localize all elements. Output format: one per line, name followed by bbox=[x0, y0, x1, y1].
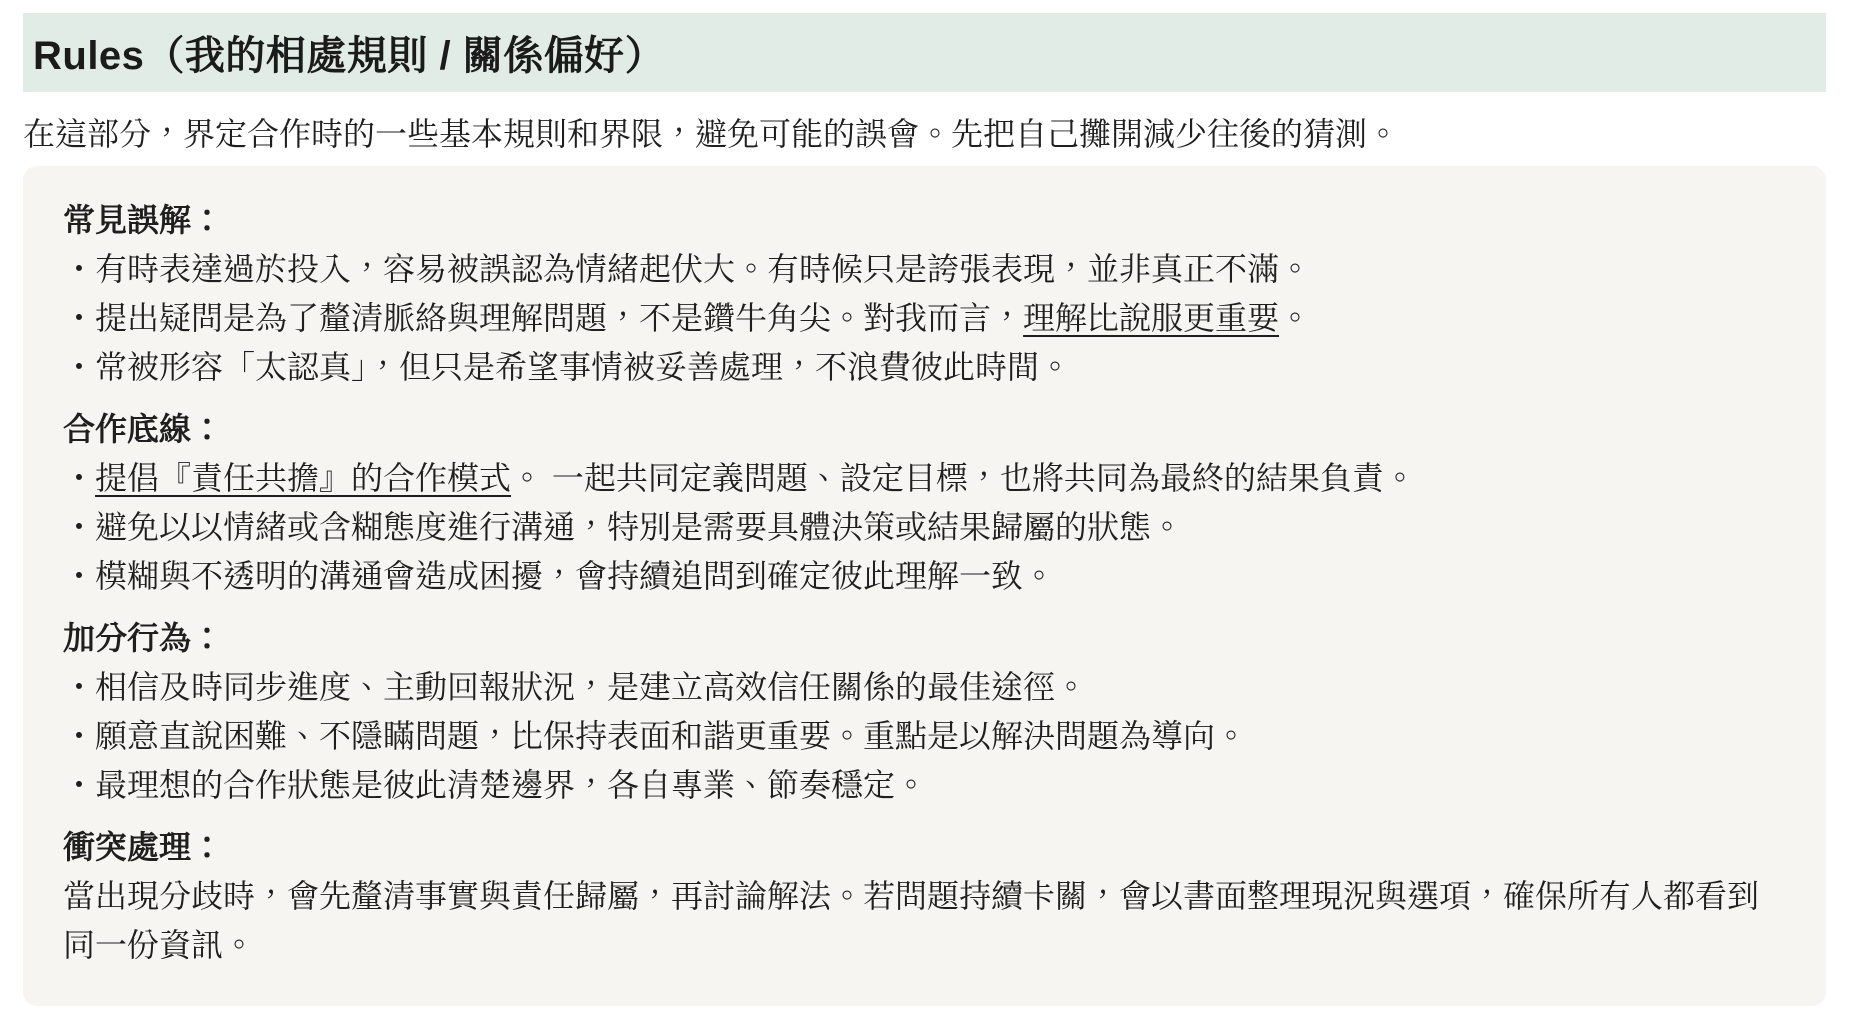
underlined-text: 理解比說服更重要 bbox=[1023, 300, 1279, 336]
bullet-item: ・避免以以情緒或含糊態度進行溝通，特別是需要具體決策或結果歸屬的狀態。 bbox=[63, 503, 1786, 552]
underlined-text: 提倡『責任共擔』的合作模式 bbox=[95, 460, 511, 496]
page: Rules（我的相處規則 / 關係偏好） 在這部分，界定合作時的一些基本規則和界… bbox=[0, 0, 1852, 1006]
text-segment: 最理想的合作狀態是彼此清楚邊界，各自專業、節奏穩定。 bbox=[95, 767, 927, 803]
text-segment: 常被形容「太認真」，但只是希望事情被妥善處理，不浪費彼此時間。 bbox=[95, 349, 1071, 385]
section-heading: 衝突處理： bbox=[63, 823, 1786, 872]
bullet-marker-icon: ・ bbox=[63, 454, 95, 503]
bullet-item: ・常被形容「太認真」，但只是希望事情被妥善處理，不浪費彼此時間。 bbox=[63, 343, 1786, 392]
bullet-marker-icon: ・ bbox=[63, 245, 95, 294]
bullet-item: ・提出疑問是為了釐清脈絡與理解問題，不是鑽牛角尖。對我而言，理解比說服更重要。 bbox=[63, 294, 1786, 343]
bullet-marker-icon: ・ bbox=[63, 761, 95, 810]
text-segment: 當出現分歧時，會先釐清事實與責任歸屬，再討論解法。若問題持續卡關，會以書面整理現… bbox=[63, 878, 1759, 963]
bullet-item: ・相信及時同步進度、主動回報狀況，是建立高效信任關係的最佳途徑。 bbox=[63, 663, 1786, 712]
bullet-marker-icon: ・ bbox=[63, 343, 95, 392]
bullet-marker-icon: ・ bbox=[63, 552, 95, 601]
text-segment: 有時表達過於投入，容易被誤認為情緒起伏大。有時候只是誇張表現，並非真正不滿。 bbox=[95, 251, 1311, 287]
rules-card: 常見誤解：・有時表達過於投入，容易被誤認為情緒起伏大。有時候只是誇張表現，並非真… bbox=[23, 166, 1826, 1006]
bullet-marker-icon: ・ bbox=[63, 712, 95, 761]
text-segment: 。 bbox=[1279, 300, 1311, 336]
text-segment: 模糊與不透明的溝通會造成困擾，會持續追問到確定彼此理解一致。 bbox=[95, 558, 1055, 594]
bullet-item: ・提倡『責任共擔』的合作模式。 一起共同定義問題、設定目標，也將共同為最終的結果… bbox=[63, 454, 1786, 503]
page-title: Rules（我的相處規則 / 關係偏好） bbox=[33, 24, 665, 81]
paragraph-item: 當出現分歧時，會先釐清事實與責任歸屬，再討論解法。若問題持續卡關，會以書面整理現… bbox=[63, 872, 1786, 970]
bullet-marker-icon: ・ bbox=[63, 503, 95, 552]
page-header: Rules（我的相處規則 / 關係偏好） bbox=[23, 13, 1826, 92]
sections-container: 常見誤解：・有時表達過於投入，容易被誤認為情緒起伏大。有時候只是誇張表現，並非真… bbox=[63, 196, 1786, 970]
bullet-marker-icon: ・ bbox=[63, 663, 95, 712]
rules-section: 加分行為：・相信及時同步進度、主動回報狀況，是建立高效信任關係的最佳途徑。・願意… bbox=[63, 614, 1786, 810]
bullet-marker-icon: ・ bbox=[63, 294, 95, 343]
bullet-item: ・模糊與不透明的溝通會造成困擾，會持續追問到確定彼此理解一致。 bbox=[63, 552, 1786, 601]
rules-section: 衝突處理：當出現分歧時，會先釐清事實與責任歸屬，再討論解法。若問題持續卡關，會以… bbox=[63, 823, 1786, 970]
section-heading: 常見誤解： bbox=[63, 196, 1786, 245]
section-heading: 合作底線： bbox=[63, 405, 1786, 454]
intro-text: 在這部分，界定合作時的一些基本規則和界限，避免可能的誤會。先把自己攤開減少往後的… bbox=[23, 110, 1826, 158]
bullet-item: ・最理想的合作狀態是彼此清楚邊界，各自專業、節奏穩定。 bbox=[63, 761, 1786, 810]
rules-section: 合作底線：・提倡『責任共擔』的合作模式。 一起共同定義問題、設定目標，也將共同為… bbox=[63, 405, 1786, 601]
bullet-item: ・願意直說困難、不隱瞞問題，比保持表面和諧更重要。重點是以解決問題為導向。 bbox=[63, 712, 1786, 761]
rules-section: 常見誤解：・有時表達過於投入，容易被誤認為情緒起伏大。有時候只是誇張表現，並非真… bbox=[63, 196, 1786, 392]
text-segment: 。 一起共同定義問題、設定目標，也將共同為最終的結果負責。 bbox=[511, 460, 1416, 496]
text-segment: 提出疑問是為了釐清脈絡與理解問題，不是鑽牛角尖。對我而言， bbox=[95, 300, 1023, 336]
bullet-item: ・有時表達過於投入，容易被誤認為情緒起伏大。有時候只是誇張表現，並非真正不滿。 bbox=[63, 245, 1786, 294]
text-segment: 避免以以情緒或含糊態度進行溝通，特別是需要具體決策或結果歸屬的狀態。 bbox=[95, 509, 1183, 545]
text-segment: 相信及時同步進度、主動回報狀況，是建立高效信任關係的最佳途徑。 bbox=[95, 669, 1087, 705]
text-segment: 願意直說困難、不隱瞞問題，比保持表面和諧更重要。重點是以解決問題為導向。 bbox=[95, 718, 1247, 754]
section-heading: 加分行為： bbox=[63, 614, 1786, 663]
